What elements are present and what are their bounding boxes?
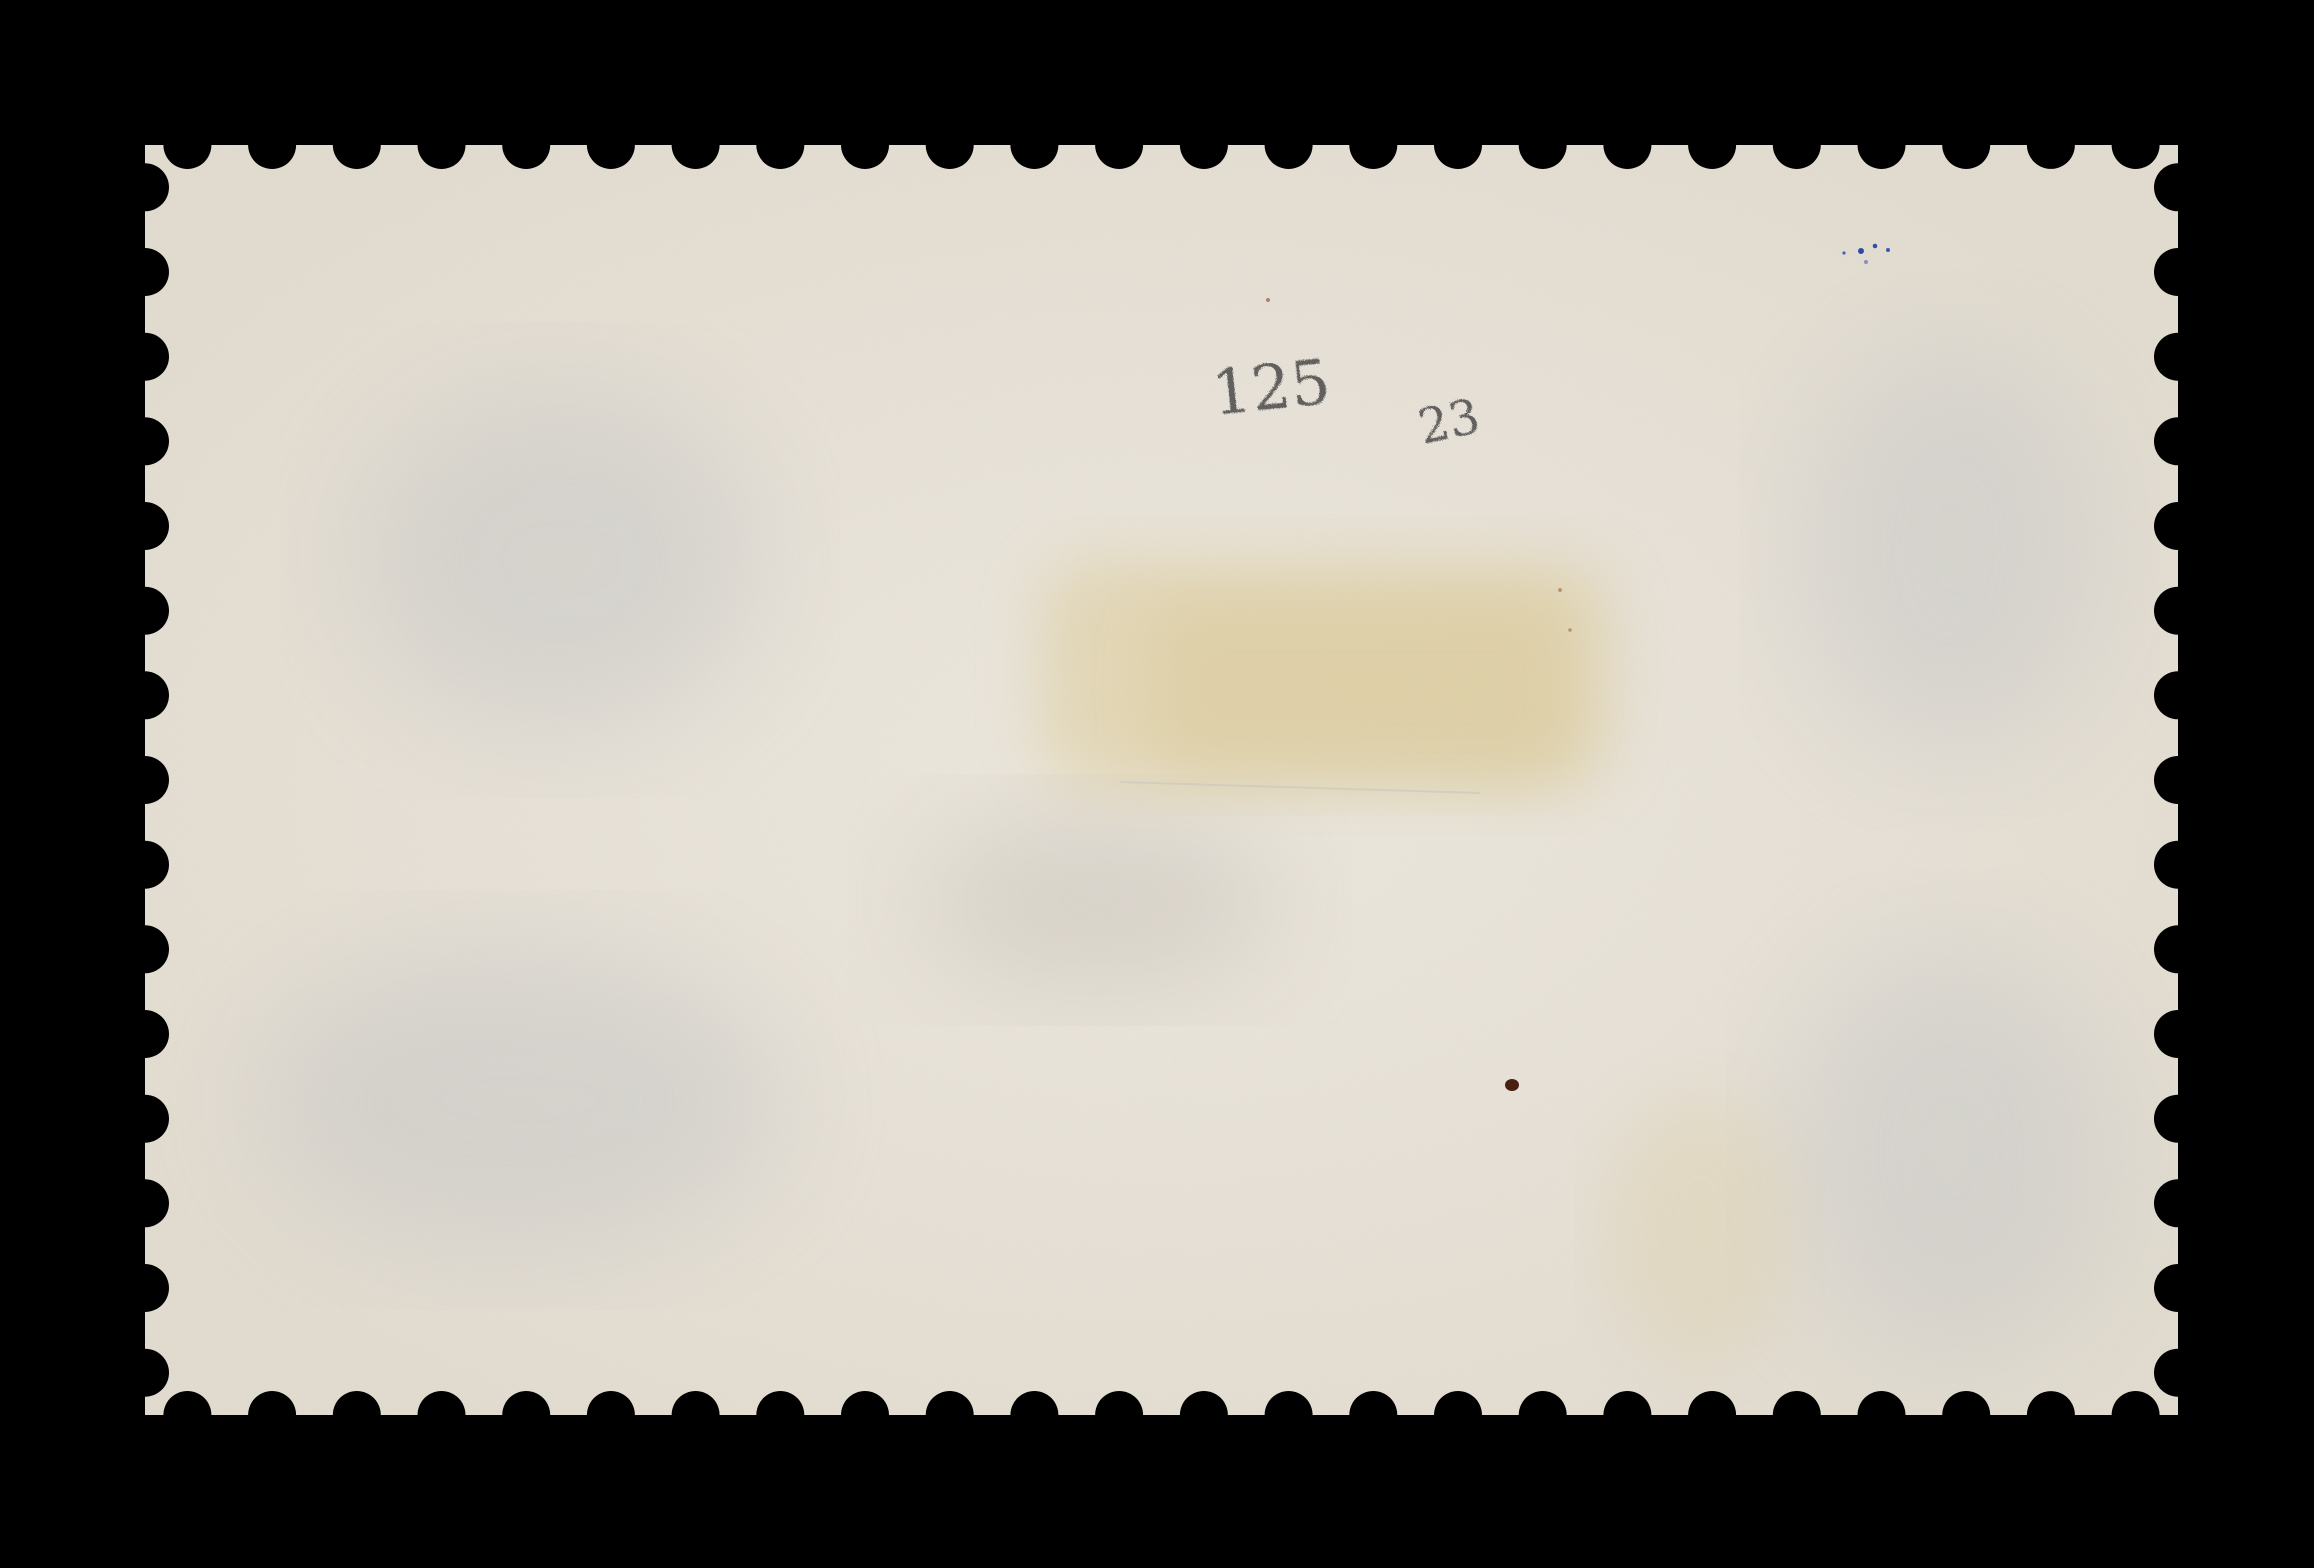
photo-scene: 125 23 <box>0 0 2314 1568</box>
stamp-photo: 125 23 <box>0 0 2314 1568</box>
pencil-notation-line1: 125 <box>1208 345 1333 430</box>
